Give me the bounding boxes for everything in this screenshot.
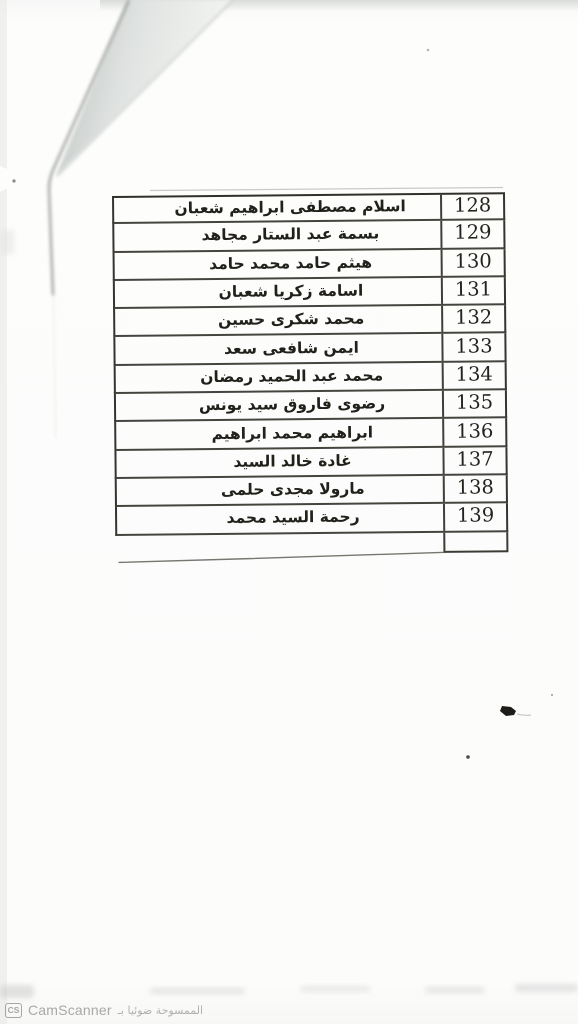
ink-speck-2 [427, 49, 430, 52]
table-row: بسمة عبد الستار مجاهد 129 [112, 221, 505, 253]
table-bottom-pencil-line [115, 530, 508, 578]
left-edge-shadow [0, 0, 7, 1024]
student-name: بسمة عبد الستار مجاهد [114, 221, 442, 250]
fold-corner-notch [0, 166, 28, 192]
student-name: ابراهيم محمد ابراهيم [116, 419, 444, 448]
table-row: اسلام مصطفى ابراهيم شعبان 128 [112, 192, 505, 224]
roster-table: اسلام مصطفى ابراهيم شعبان 128 بسمة عبد ا… [112, 192, 508, 555]
row-number: 139 [445, 503, 506, 530]
camscanner-watermark: CS CamScanner الممسوحة ضوئيا بـ [0, 996, 578, 1024]
student-name: اسلام مصطفى ابراهيم شعبان [114, 195, 442, 222]
scanned-page: اسلام مصطفى ابراهيم شعبان 128 بسمة عبد ا… [0, 0, 578, 1024]
bottom-smudge-2 [150, 988, 245, 994]
table-row: ايمن شافعى سعد 133 [113, 334, 506, 366]
bottom-smudge-5 [515, 984, 578, 992]
row-number: 132 [443, 305, 504, 332]
bottom-smudge-3 [300, 986, 370, 992]
row-number: 129 [442, 221, 503, 248]
student-name: غادة خالد السيد [116, 447, 444, 476]
paper-fold-wedge [56, 0, 233, 176]
bottom-left-patch [0, 230, 14, 254]
row-number: 135 [444, 390, 505, 417]
student-name: هيثم حامد محمد حامد [115, 249, 443, 278]
paper-crease-fade [53, 295, 56, 440]
table-row: رضوى فاروق سيد يونس 135 [114, 390, 507, 422]
table-row: محمد شكرى حسين 132 [113, 305, 506, 337]
roster-table-rows: اسلام مصطفى ابراهيم شعبان 128 بسمة عبد ا… [112, 192, 508, 535]
table-row: محمد عبد الحميد رمضان 134 [114, 362, 507, 394]
student-name: ايمن شافعى سعد [115, 334, 443, 363]
table-top-ghost-line [150, 188, 503, 191]
row-number: 134 [444, 362, 505, 389]
ink-speck-1 [466, 755, 470, 759]
row-number: 128 [442, 194, 503, 219]
scanned-with-text: الممسوحة ضوئيا بـ [118, 1003, 203, 1017]
ink-blot-tail [517, 714, 531, 715]
student-name: رحمة السيد محمد [117, 504, 445, 533]
row-number: 130 [443, 249, 504, 276]
camscanner-logo-icon: CS [5, 1003, 22, 1018]
table-row: هيثم حامد محمد حامد 130 [113, 249, 506, 281]
top-edge-shadow [100, 0, 578, 11]
ink-speck-3 [551, 694, 553, 696]
student-name: محمد شكرى حسين [115, 306, 443, 335]
table-row: ابراهيم محمد ابراهيم 136 [114, 419, 507, 451]
fold-corner-speck [12, 179, 15, 182]
student-name: اسامة زكريا شعبان [115, 278, 443, 307]
table-row: غادة خالد السيد 137 [114, 447, 507, 479]
row-number: 137 [444, 447, 505, 474]
student-name: رضوى فاروق سيد يونس [116, 391, 444, 420]
row-number: 136 [444, 419, 505, 446]
table-row: مارولا مجدى حلمى 138 [115, 475, 508, 507]
student-name: محمد عبد الحميد رمضان [116, 363, 444, 392]
ink-blot [500, 706, 516, 716]
camscanner-brand-text: CamScanner [28, 1002, 112, 1018]
student-name: مارولا مجدى حلمى [117, 476, 445, 505]
row-number: 138 [445, 475, 506, 502]
bottom-smudge-4 [425, 987, 485, 993]
paper-fold-soft-edge [57, 0, 233, 176]
table-row: اسامة زكريا شعبان 131 [113, 277, 506, 309]
row-number: 131 [443, 277, 504, 304]
row-number: 133 [443, 334, 504, 361]
